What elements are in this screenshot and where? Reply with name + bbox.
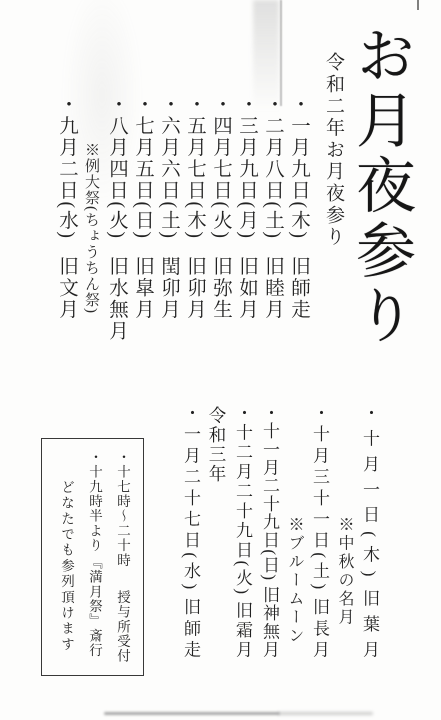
entry-date: ・十月三十一日(土) [310,404,329,590]
ceremony-time: ・十九時半より [87,450,102,553]
entry-date: ・五月七日(木) [184,94,205,240]
reception-hours-line: ・十七時～二十時授与所受付 [108,450,136,665]
blue-moon-note: ※ブルームーン [283,404,306,666]
entry-old-month: 旧長月 [310,598,329,658]
moon-date-entry-aug: ・八月四日(火)旧水無月 [103,94,129,384]
paper-bottom-shadow [104,712,280,715]
paper-crease-line [280,0,282,106]
entry-date: ・一月二十七日(水) [181,404,200,590]
moon-date-entry-feb: ・二月八日(土)旧睦月 [259,94,285,384]
participation-info-box: ・十七時～二十時授与所受付 ・十九時半より『満月祭』斎行 どなたでも参列頂けます [41,438,144,676]
era-year-header: 令和三年 [204,404,229,666]
moon-date-list-oct-jan: ・十月一日(木) 旧葉月 ※中秋の名月 ・十月三十一日(土) 旧長月 ※ブルーム… [177,404,383,666]
entry-date: ・一月九日(木) [288,94,309,240]
photo-edge-mark [417,0,419,10]
moon-date-entry-may: ・五月七日(木)旧卯月 [181,94,207,384]
poster-subtitle: 令和二年お月夜参り [321,52,344,248]
moon-date-entry-mar: ・三月九日(月)旧如月 [233,94,259,384]
entry-old-month: 旧師走 [181,598,200,658]
moon-worship-notice: お月夜参り 令和二年お月夜参り ・一月九日(木)旧師走 ・二月八日(土)旧睦月 … [0,0,441,720]
moon-date-entry-nov: ・十一月二十九日(日) 旧神無月 [256,404,283,658]
entry-old-month: 旧水無月 [106,256,127,342]
entry-date: ・十月一日(木) [360,404,379,577]
entry-old-month: 旧如月 [236,256,257,321]
full-moon-ceremony-line: ・十九時半より『満月祭』斎行 [80,450,108,665]
entry-date: ・七月五日(日) [132,94,153,240]
entry-old-month: 旧師走 [288,256,309,321]
moon-date-entry-dec: ・十二月二十九日(火) 旧霜月 [229,404,256,658]
paper-bottom-shadow-faint [278,712,373,715]
entry-old-month: 旧神無月 [260,586,279,658]
open-participation-note: どなたでも参列頂けます [52,450,80,665]
entry-date: ・十二月二十九日(火) [233,404,252,595]
moon-date-entry-oct31: ・十月三十一日(土) 旧長月 [306,404,333,658]
reception-time: ・十七時～二十時 [115,450,130,568]
entry-old-month: 旧皐月 [132,256,153,321]
moon-date-entry-jan-r3: ・一月二十七日(水) 旧師走 [177,404,204,658]
poster-title: お月夜参り [349,24,412,349]
entry-old-month: 旧卯月 [184,256,205,321]
moon-date-entry-sep: ・九月二日(水)旧文月 [53,94,79,384]
entry-old-month: 旧葉月 [360,590,379,658]
entry-old-month: 閏卯月 [158,256,179,321]
moon-date-entry-jan: ・一月九日(木)旧師走 [285,94,311,384]
ceremony-desc: 『満月祭』斎行 [87,555,102,658]
entry-date: ・二月八日(土) [262,94,283,240]
entry-old-month: 旧文月 [56,256,77,321]
harvest-moon-note: ※中秋の名月 [333,404,356,666]
entry-date: ・九月二日(水) [56,94,77,240]
moon-date-entry-apr: ・四月七日(火)旧弥生 [207,94,233,384]
entry-date: ・八月四日(火) [106,94,127,240]
moon-date-entry-jul: ・七月五日(日)旧皐月 [129,94,155,384]
entry-date: ・十一月二十九日(日) [260,404,279,581]
entry-date: ・六月六日(土) [158,94,179,240]
entry-old-month: 旧霜月 [233,601,252,658]
entry-old-month: 旧弥生 [210,256,231,321]
moon-date-entry-oct1: ・十月一日(木) 旧葉月 [356,404,383,658]
moon-date-entry-jun: ・六月六日(土)閏卯月 [155,94,181,384]
lantern-festival-note: ※例大祭(ちょうちん祭) [79,94,103,384]
entry-old-month: 旧睦月 [262,256,283,321]
moon-date-list-jan-sep: ・一月九日(木)旧師走 ・二月八日(土)旧睦月 ・三月九日(月)旧如月 ・四月七… [53,94,311,384]
entry-date: ・三月九日(月) [236,94,257,240]
entry-date: ・四月七日(火) [210,94,231,240]
reception-desc: 授与所受付 [115,590,130,664]
